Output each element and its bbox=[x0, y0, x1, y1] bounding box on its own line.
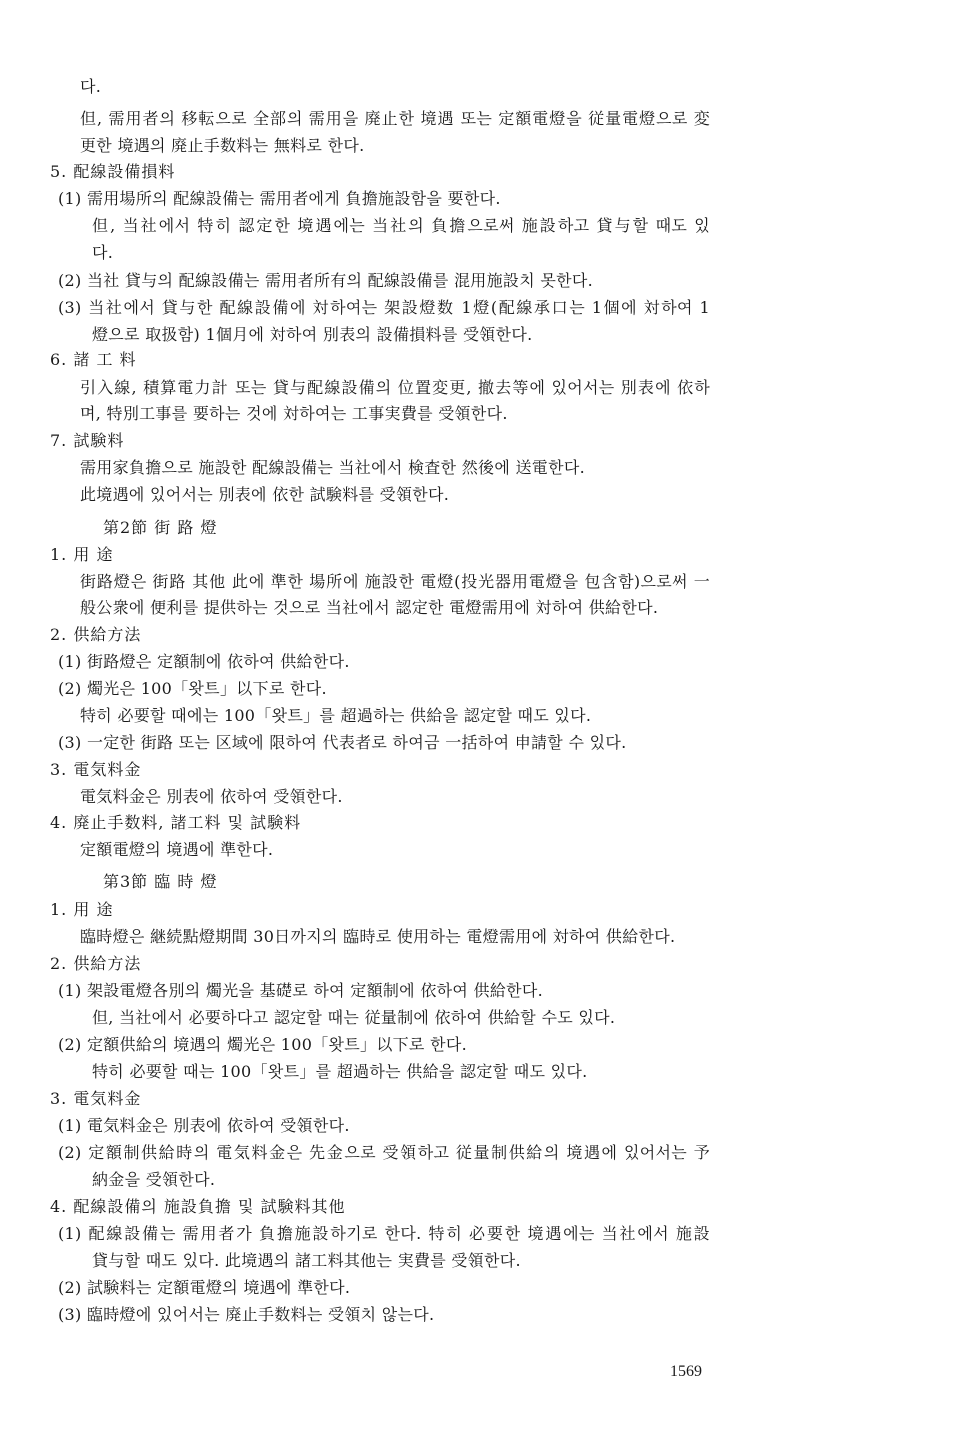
subitem-text: (1) 需用場所의 配線設備는 需用者에게 負擔施設함을 要한다. bbox=[58, 189, 501, 209]
item-heading: 3. 電気料金 bbox=[50, 760, 141, 780]
subitem-text: (2) 当社 貸与의 配線設備는 需用者所有의 配線設備를 混用施設치 못한다. bbox=[58, 271, 593, 291]
item-heading: 5. 配線設備損料 bbox=[50, 162, 175, 182]
body-text: 定額電燈의 境遇에 準한다. bbox=[80, 840, 273, 860]
body-text: 般公衆에 便利를 提供하는 것으로 当社에서 認定한 電燈需用에 対하여 供給한… bbox=[80, 598, 658, 618]
item-heading: 2. 供給方法 bbox=[50, 625, 141, 645]
body-text: 燈으로 取扱함) 1個月에 対하여 別表의 設備損料를 受領한다. bbox=[92, 325, 532, 345]
body-text: 更한 境遇의 廃止手数料는 無料로 한다. bbox=[80, 136, 364, 156]
body-text: 但, 当社에서 必要하다고 認定할 때는 従量制에 依하여 供給할 수도 있다. bbox=[92, 1008, 615, 1028]
subitem-text: (2) 定額制供給時의 電気料金은 先金으로 受領하고 従量制供給의 境遇에 있… bbox=[58, 1143, 710, 1163]
document-page: 1569 다.但, 需用者의 移転으로 全部의 需用을 廃止한 境遇 또는 定額… bbox=[0, 0, 980, 1440]
subitem-text: (3) 臨時燈에 있어서는 廃止手数料는 受領치 않는다. bbox=[58, 1305, 434, 1325]
item-heading: 3. 電気料金 bbox=[50, 1089, 141, 1109]
subitem-text: (1) 電気料金은 別表에 依하여 受領한다. bbox=[58, 1116, 350, 1136]
body-text: 貸与할 때도 있다. 此境遇의 諸工料其他는 実費를 受領한다. bbox=[92, 1251, 521, 1271]
item-heading: 1. 用 途 bbox=[50, 900, 113, 920]
body-text: 臨時燈은 継続點燈期間 30日까지의 臨時로 使用하는 電燈需用에 対하여 供給… bbox=[80, 927, 675, 947]
item-heading: 1. 用 途 bbox=[50, 545, 113, 565]
section-heading: 第2節 街 路 燈 bbox=[103, 518, 217, 538]
subitem-text: (2) 試験料는 定額電燈의 境遇에 準한다. bbox=[58, 1278, 350, 1298]
body-text: 引入線, 積算電力計 또는 貸与配線設備의 位置変更, 撤去等에 있어서는 別表… bbox=[80, 378, 710, 398]
item-heading: 2. 供給方法 bbox=[50, 954, 141, 974]
subitem-text: (3) 一定한 街路 또는 区域에 限하여 代表者로 하여금 一括하여 申請할 … bbox=[58, 733, 627, 753]
body-text: 需用家負擔으로 施設한 配線設備는 当社에서 検査한 然後에 送電한다. bbox=[80, 458, 585, 478]
body-text: 다. bbox=[80, 77, 101, 97]
item-heading: 4. 配線設備의 施設負擔 및 試験料其他 bbox=[50, 1197, 346, 1217]
subitem-text: (1) 配線設備는 需用者가 負擔施設하기로 한다. 特히 必要한 境遇에는 当… bbox=[58, 1224, 710, 1244]
subitem-text: (1) 架設電燈各別의 燭光을 基礎로 하여 定額制에 依하여 供給한다. bbox=[58, 981, 543, 1001]
subitem-text: (2) 燭光은 100「왓트」以下로 한다. bbox=[58, 679, 327, 699]
body-text: 此境遇에 있어서는 別表에 依한 試験料를 受領한다. bbox=[80, 485, 449, 505]
subitem-text: (2) 定額供給의 境遇의 燭光은 100「왓트」以下로 한다. bbox=[58, 1035, 467, 1055]
section-heading: 第3節 臨 時 燈 bbox=[103, 872, 217, 892]
subitem-text: (1) 街路燈은 定額制에 依하여 供給한다. bbox=[58, 652, 350, 672]
page-number: 1569 bbox=[670, 1362, 702, 1382]
body-text: 特히 必要할 때는 100「왓트」를 超過하는 供給을 認定할 때도 있다. bbox=[92, 1062, 588, 1082]
body-text: 納金을 受領한다. bbox=[92, 1170, 215, 1190]
body-text: 며, 特別工事를 要하는 것에 対하여는 工事実費를 受領한다. bbox=[80, 404, 508, 424]
body-text: 電気料金은 別表에 依하여 受領한다. bbox=[80, 787, 343, 807]
item-heading: 4. 廃止手数料, 諸工料 및 試験料 bbox=[50, 813, 301, 833]
item-heading: 6. 諸 工 料 bbox=[50, 350, 137, 370]
body-text: 但, 需用者의 移転으로 全部의 需用을 廃止한 境遇 또는 定額電燈을 従量電… bbox=[80, 109, 710, 129]
body-text: 但, 当社에서 特히 認定한 境遇에는 当社의 負擔으로써 施設하고 貸与할 때… bbox=[92, 216, 710, 236]
body-text: 街路燈은 街路 其他 此에 準한 場所에 施設한 電燈(投光器用電燈을 包含함)… bbox=[80, 572, 710, 592]
body-text: 다. bbox=[92, 243, 113, 263]
item-heading: 7. 試験料 bbox=[50, 431, 124, 451]
body-text: 特히 必要할 때에는 100「왓트」를 超過하는 供給을 認定할 때도 있다. bbox=[80, 706, 591, 726]
subitem-text: (3) 当社에서 貸与한 配線設備에 対하여는 架設燈数 1燈(配線承口는 1個… bbox=[58, 298, 710, 318]
